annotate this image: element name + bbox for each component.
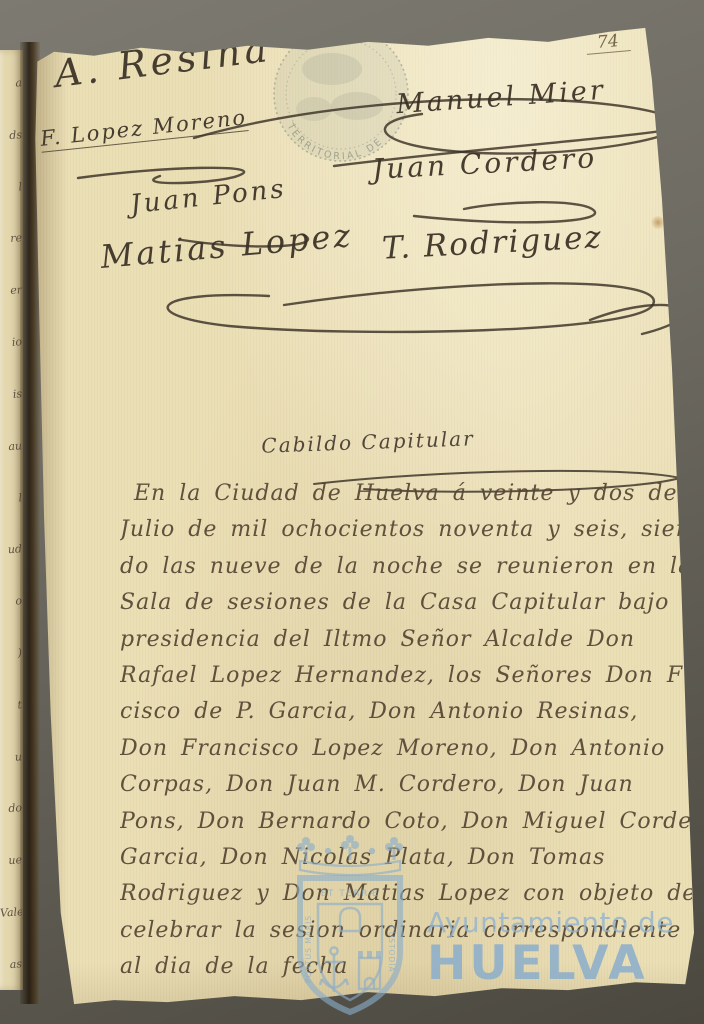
left-page-text-fragment: ds <box>0 129 22 142</box>
left-page-text-fragment: re <box>0 233 22 246</box>
signature-resina: A. Resina <box>52 29 272 93</box>
left-page-text-fragment: u <box>0 751 22 764</box>
left-page-text-fragment: o <box>0 595 22 608</box>
left-page-text-fragment: ) <box>0 647 22 660</box>
manuscript-line: Corpas, Don Juan M. Cordero, Don Juan <box>120 767 692 803</box>
left-page-text-fragment: l <box>0 181 22 194</box>
left-page-text-fragment: as <box>0 958 22 971</box>
signature-pons: Juan Pons <box>129 176 288 218</box>
signature-lopez-moreno: F. Lopez Moreno <box>39 107 248 153</box>
left-page-text-fragment: Vale <box>0 906 22 919</box>
manuscript-line: Don Francisco Lopez Moreno, Don Antonio <box>120 731 692 767</box>
folio-number: 74 <box>585 30 631 55</box>
left-page-text-fragment: do <box>0 803 22 816</box>
signature-rodriguez: T. Rodriguez <box>381 222 603 265</box>
minutes-heading: Cabildo Capitular <box>34 418 702 465</box>
tower-icon <box>358 951 381 989</box>
huelva-crest-icon: ET TERRÆ PORTUS MARIS CUSTODIA <box>292 834 408 1022</box>
paper-stain <box>650 216 666 229</box>
crown-icon <box>297 835 403 860</box>
left-page-text-fragment: io <box>0 336 22 349</box>
manuscript-line: En la Ciudad de Huelva á veinte y dos de <box>120 476 692 512</box>
left-page-text-fragment: ue <box>0 854 22 867</box>
manuscript-line: cisco de P. Garcia, Don Antonio Resinas, <box>120 694 692 730</box>
left-page-text-fragment: t <box>0 699 22 712</box>
watermark-text-line2: HUELVA <box>427 936 648 991</box>
scanned-archive-image: { "page": { "folio_number": "74" }, "sta… <box>0 0 704 1024</box>
manuscript-line: Sala de sesiones de la Casa Capitular ba… <box>120 585 692 621</box>
manuscript-line: Julio de mil ochocientos noventa y seis,… <box>120 512 692 548</box>
crest-motto-top: ET TERRÆ <box>321 889 380 899</box>
manuscript-line: do las nueve de la noche se reunieron en… <box>120 549 692 585</box>
left-page-text-fragment: au <box>0 440 22 453</box>
left-page-text-fragment: er <box>0 284 22 297</box>
left-page-text-fragment: a <box>0 77 22 90</box>
anchor-icon <box>320 947 348 992</box>
manuscript-line: Rafael Lopez Hernandez, los Señores Don … <box>120 658 692 694</box>
manuscript-line: presidencia del Iltmo Señor Alcalde Don <box>120 622 692 658</box>
left-page-text-fragment: is <box>0 388 22 401</box>
crest-motto-left: PORTUS MARIS <box>304 915 313 983</box>
gate-arch-icon <box>340 908 360 931</box>
signature-matias-lopez: Matias Lopez <box>99 219 354 273</box>
left-page-text-fragment: ud <box>0 544 22 557</box>
watermark-text-line1: Ayuntamiento de <box>427 906 674 939</box>
crest-motto-right: CUSTODIA <box>387 925 396 972</box>
left-page-text-fragment: l <box>0 492 22 505</box>
